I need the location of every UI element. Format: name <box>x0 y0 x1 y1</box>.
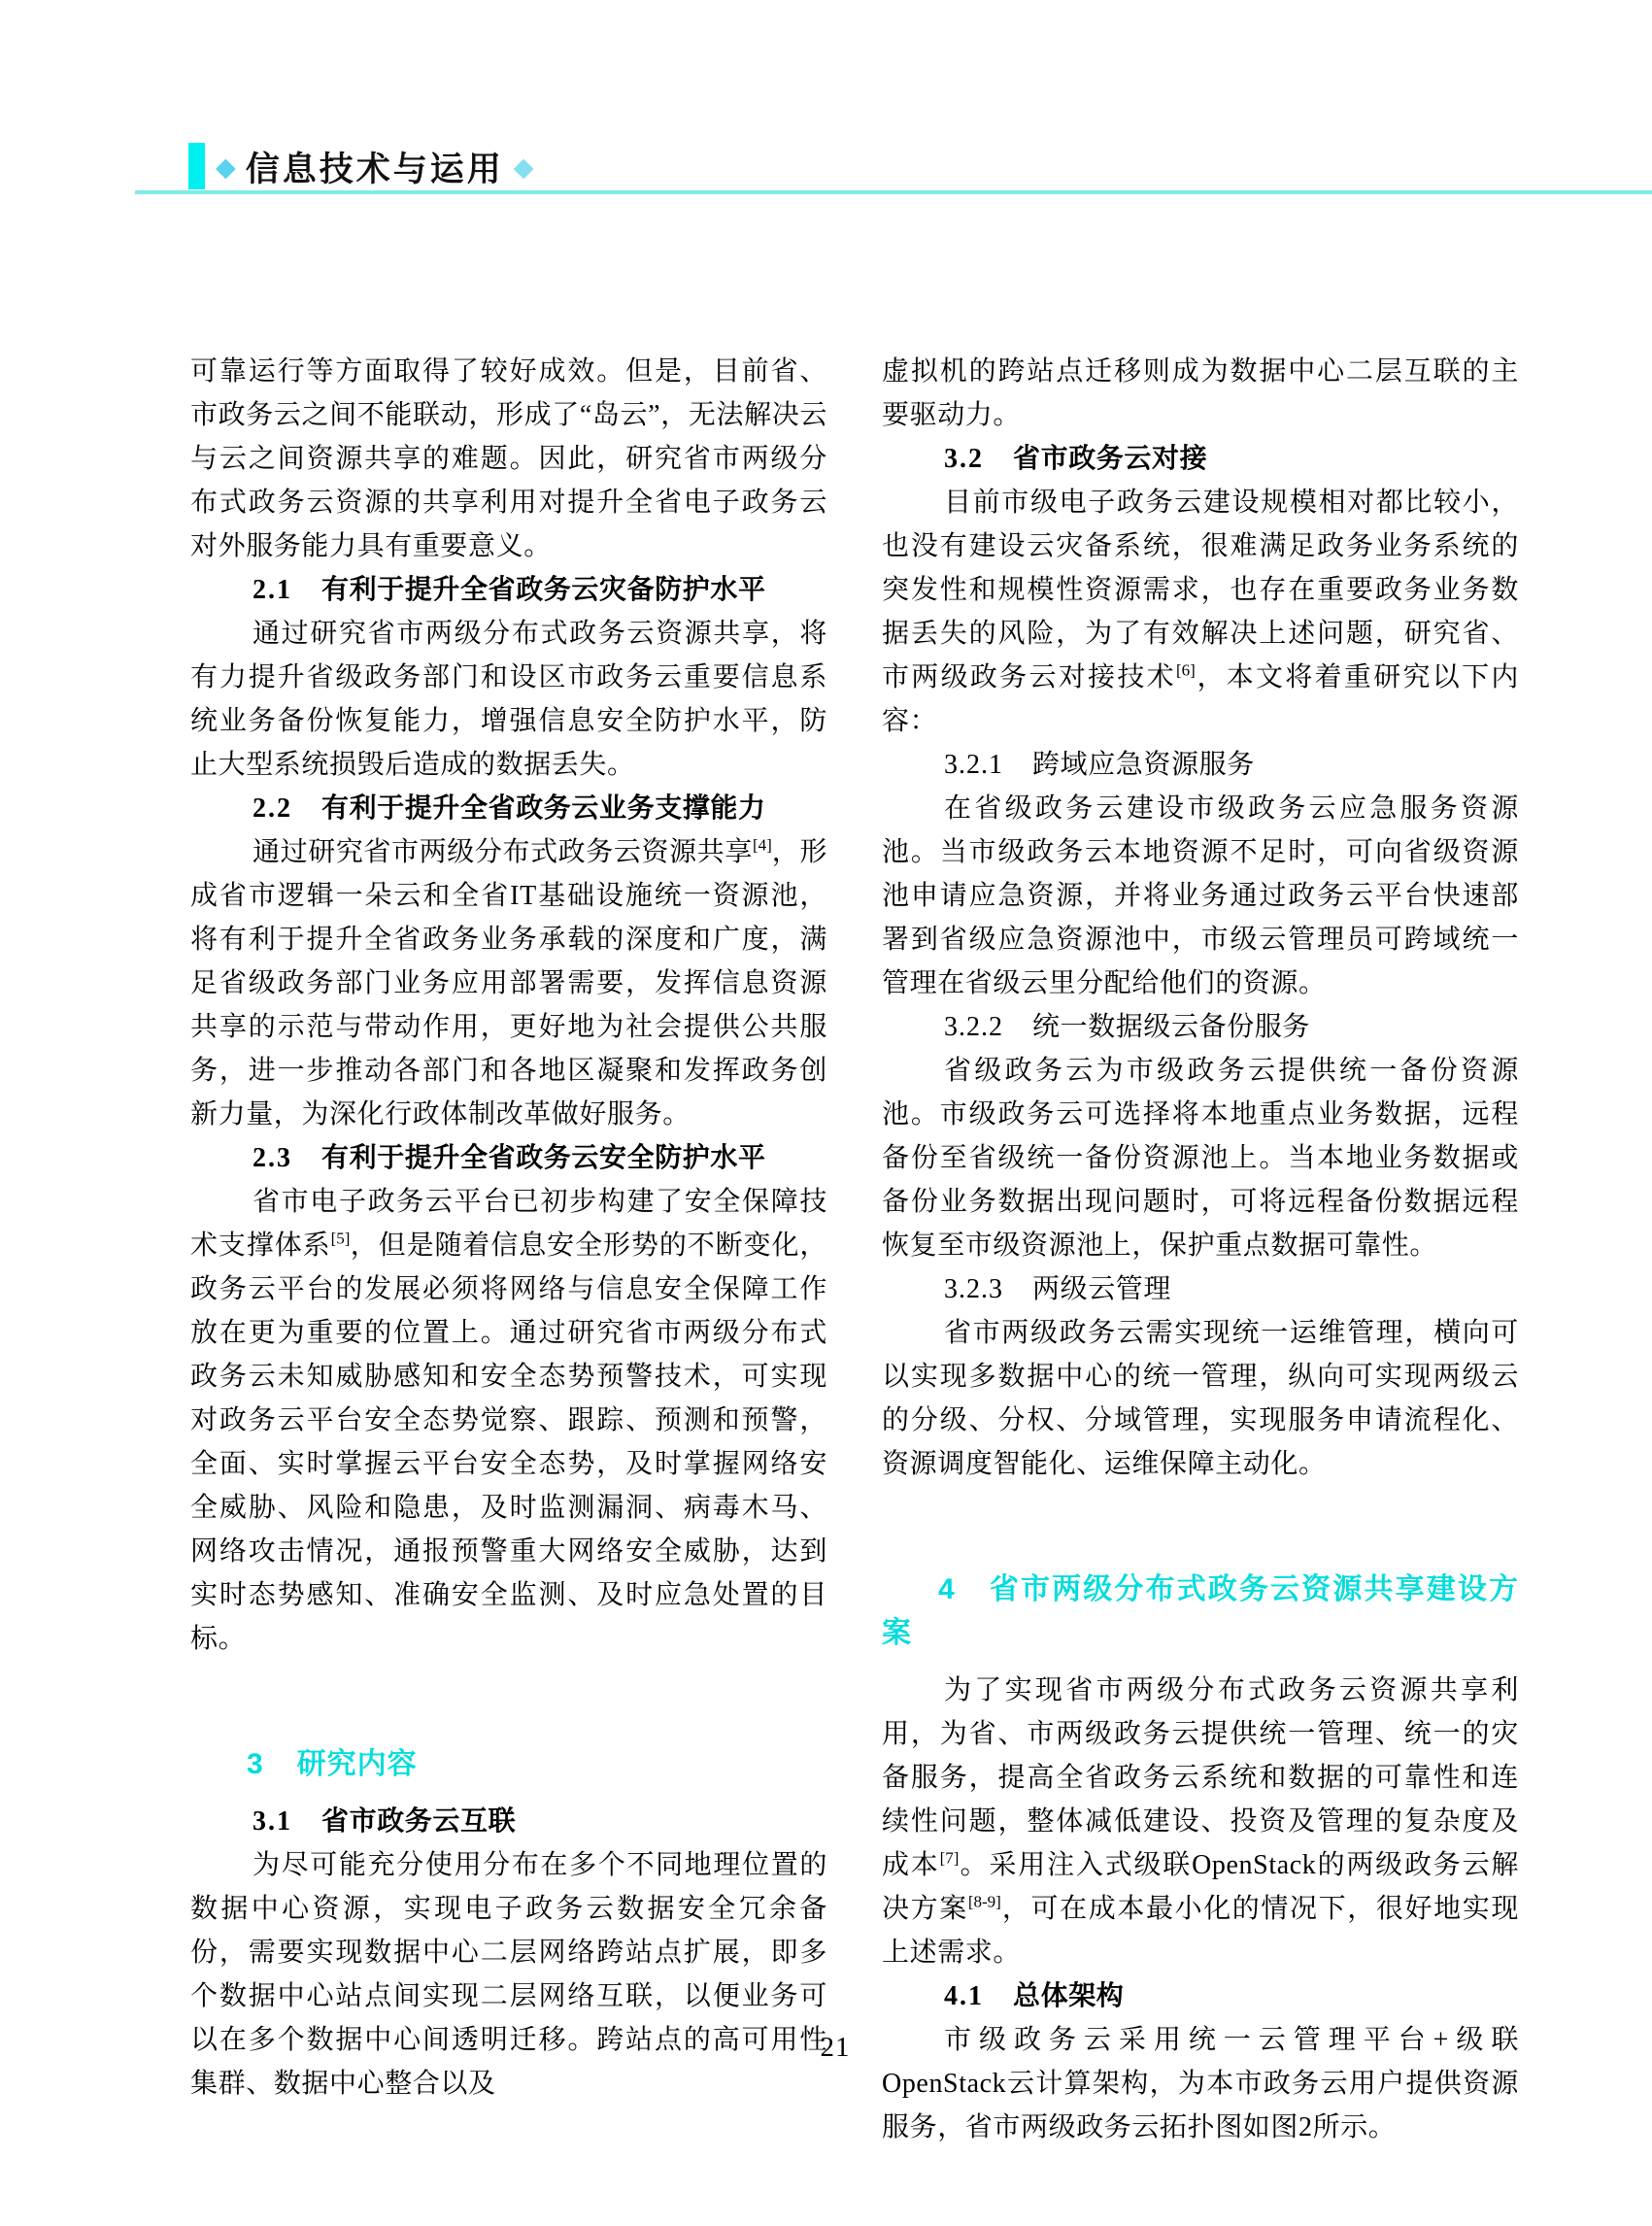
heading-number: 3.2.2 <box>944 1012 1003 1042</box>
paragraph-text: 可靠运行等方面取得了较好成效。但是，目前省、市政务云之间不能联动，形成了“岛云”… <box>190 356 827 561</box>
body-paragraph: 通过研究省市两级分布式政务云资源共享，将有力提升省级政务部门和设区市政务云重要信… <box>190 612 827 787</box>
subsection-heading-3.1: 3.1省市政务云互联 <box>190 1800 827 1843</box>
paragraph-text: 通过研究省市两级分布式政务云资源共享 <box>253 837 753 867</box>
body-paragraph: 在省级政务云建设市级政务云应急服务资源池。当市级政务云本地资源不足时，可向省级资… <box>882 787 1519 1005</box>
heading-number: 3.2.1 <box>944 750 1003 780</box>
heading-title: 省市两级分布式政务云资源共享建设方案 <box>882 1573 1519 1649</box>
header-rule <box>135 190 1652 194</box>
body-paragraph: 省市电子政务云平台已初步构建了安全保障技术支撑体系[5]，但是随着信息安全形势的… <box>190 1180 827 1661</box>
citation-reference: [6] <box>1176 661 1196 680</box>
section-heading-4: 4省市两级分布式政务云资源共享建设方案 <box>882 1568 1519 1655</box>
body-paragraph: 为了实现省市两级分布式政务云资源共享利用，为省、市两级政务云提供统一管理、统一的… <box>882 1669 1519 1974</box>
heading-title: 统一数据级云备份服务 <box>1032 1012 1310 1042</box>
citation-reference: [8-9] <box>968 1893 1001 1911</box>
paragraph-text: 在省级政务云建设市级政务云应急服务资源池。当市级政务云本地资源不足时，可向省级资… <box>882 793 1519 998</box>
text-column-right: 虚拟机的跨站点迁移则成为数据中心二层互联的主要驱动力。3.2省市政务云对接目前市… <box>882 350 1519 2149</box>
body-paragraph: 省级政务云为市级政务云提供统一备份资源池。市级政务云可选择将本地重点业务数据，远… <box>882 1049 1519 1267</box>
heading-title: 省市政务云对接 <box>1013 444 1207 474</box>
subsection-heading-2.2: 2.2有利于提升全省政务云业务支撑能力 <box>190 787 827 830</box>
subsection-heading-3.2: 3.2省市政务云对接 <box>882 437 1519 481</box>
paragraph-text: 通过研究省市两级分布式政务云资源共享，将有力提升省级政务部门和设区市政务云重要信… <box>190 619 827 780</box>
heading-number: 3.1 <box>253 1806 292 1837</box>
paragraph-text: ，但是随着信息安全形势的不断变化，政务云平台的发展必须将网络与信息安全保障工作放… <box>190 1231 827 1654</box>
heading-title: 有利于提升全省政务云灾备防护水平 <box>321 575 766 605</box>
subsection-heading-2.3: 2.3有利于提升全省政务云安全防护水平 <box>190 1136 827 1180</box>
heading-title: 跨域应急资源服务 <box>1032 750 1255 780</box>
subsection-heading-3.2.2: 3.2.2统一数据级云备份服务 <box>882 1005 1519 1049</box>
heading-number: 4 <box>938 1573 956 1605</box>
body-paragraph: 通过研究省市两级分布式政务云资源共享[4]，形成省市逻辑一朵云和全省IT基础设施… <box>190 830 827 1136</box>
paragraph-text: 省级政务云为市级政务云提供统一备份资源池。市级政务云可选择将本地重点业务数据，远… <box>882 1056 1519 1261</box>
heading-title: 研究内容 <box>297 1748 418 1780</box>
heading-title: 有利于提升全省政务云业务支撑能力 <box>321 793 766 824</box>
subsection-heading-2.1: 2.1有利于提升全省政务云灾备防护水平 <box>190 568 827 612</box>
journal-page: ◆ 信息技术与运用 ◆ 可靠运行等方面取得了较好成效。但是，目前省、市政务云之间… <box>0 0 1652 2226</box>
heading-title: 总体架构 <box>1013 1981 1124 2011</box>
citation-reference: [7] <box>940 1849 960 1868</box>
subsection-heading-3.2.3: 3.2.3两级云管理 <box>882 1267 1519 1311</box>
text-column-left: 可靠运行等方面取得了较好成效。但是，目前省、市政务云之间不能联动，形成了“岛云”… <box>190 350 827 2106</box>
body-paragraph: 为尽可能充分使用分布在多个不同地理位置的数据中心资源，实现电子政务云数据安全冗余… <box>190 1843 827 2106</box>
heading-title: 有利于提升全省政务云安全防护水平 <box>321 1143 766 1173</box>
paragraph-text: ，形成省市逻辑一朵云和全省IT基础设施统一资源池，将有利于提升全省政务业务承载的… <box>190 837 827 1130</box>
subsection-heading-4.1: 4.1总体架构 <box>882 1974 1519 2018</box>
body-paragraph: 可靠运行等方面取得了较好成效。但是，目前省、市政务云之间不能联动，形成了“岛云”… <box>190 350 827 568</box>
page-header: ◆ 信息技术与运用 ◆ <box>216 144 534 190</box>
column-header-title: 信息技术与运用 <box>246 143 504 191</box>
body-paragraph: 省市两级政务云需实现统一运维管理，横向可以实现多数据中心的统一管理，纵向可实现两… <box>882 1311 1519 1486</box>
body-paragraph: 虚拟机的跨站点迁移则成为数据中心二层互联的主要驱动力。 <box>882 350 1519 437</box>
paragraph-text: 虚拟机的跨站点迁移则成为数据中心二层互联的主要驱动力。 <box>882 356 1519 430</box>
heading-number: 4.1 <box>944 1981 984 2011</box>
citation-reference: [4] <box>753 836 772 855</box>
body-paragraph: 目前市级电子政务云建设规模相对都比较小，也没有建设云灾备系统，很难满足政务业务系… <box>882 481 1519 743</box>
heading-number: 2.3 <box>253 1143 292 1173</box>
heading-number: 2.1 <box>253 575 292 605</box>
heading-number: 3 <box>247 1748 264 1780</box>
heading-title: 两级云管理 <box>1032 1274 1171 1304</box>
heading-title: 省市政务云互联 <box>321 1806 516 1837</box>
diamond-icon: ◆ <box>514 154 534 181</box>
subsection-heading-3.2.1: 3.2.1跨域应急资源服务 <box>882 743 1519 787</box>
section-heading-3: 3研究内容 <box>190 1742 827 1786</box>
heading-number: 3.2 <box>944 444 984 474</box>
header-accent-bar <box>188 143 205 189</box>
heading-number: 2.2 <box>253 793 292 824</box>
heading-number: 3.2.3 <box>944 1274 1003 1304</box>
diamond-icon: ◆ <box>216 154 236 181</box>
paragraph-text: 省市两级政务云需实现统一运维管理，横向可以实现多数据中心的统一管理，纵向可实现两… <box>882 1318 1519 1479</box>
page-number: 21 <box>0 2032 1652 2064</box>
citation-reference: [5] <box>331 1230 351 1248</box>
